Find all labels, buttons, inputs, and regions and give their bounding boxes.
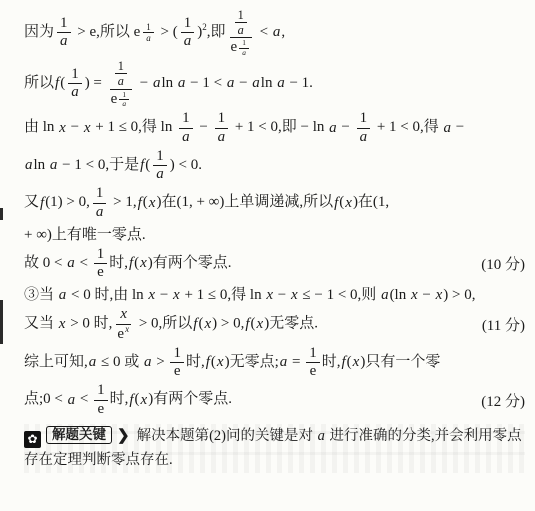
text-run: > 0,所以 <box>135 316 192 332</box>
text-run: e <box>310 363 317 379</box>
superscript: 1a <box>117 89 131 99</box>
denominator: a <box>152 166 168 183</box>
fraction: 1e <box>306 345 320 381</box>
numerator: 1 <box>115 59 127 74</box>
numerator: 1 <box>94 382 108 400</box>
math-line-body: 故 0 < a < 1e时,f(x)有两个零点. <box>24 246 232 282</box>
numerator: 1 <box>179 110 193 128</box>
text-run: ③当 <box>24 287 58 303</box>
text-run: − <box>235 75 251 91</box>
variable: a <box>181 129 191 145</box>
fraction: 1a <box>118 91 130 109</box>
numerator: 1 <box>181 15 195 33</box>
text-run: 1 <box>97 246 105 262</box>
text-run: < <box>76 392 92 408</box>
fraction: 1a <box>238 39 250 57</box>
text-run: = <box>288 354 304 370</box>
fraction: 1a <box>234 8 248 37</box>
numerator: 1a <box>230 8 252 38</box>
text-run: 1 <box>96 185 104 201</box>
variable: x <box>119 306 128 322</box>
fraction: 1a <box>67 66 83 102</box>
variable: a <box>380 287 390 303</box>
fraction: 1e <box>94 246 108 282</box>
superscript: 1a <box>237 37 251 47</box>
variable: x <box>147 287 156 303</box>
fraction: 1a <box>178 110 194 146</box>
text-run: 故 0 < <box>24 255 66 271</box>
solution-text: 因为1a > e,所以 e1a > (1a)2,即1ae1a < a,所以f(1… <box>24 8 525 418</box>
math-line-body: 由 ln x − x + 1 ≤ 0,得 ln 1a − 1a + 1 < 0,… <box>24 110 464 146</box>
numerator: 1 <box>170 345 184 363</box>
fraction: 1e <box>170 345 184 381</box>
variable: a <box>66 255 76 271</box>
variable: x <box>203 316 212 332</box>
variable: a <box>328 120 338 136</box>
text-run: ( <box>60 75 65 91</box>
variable: a <box>58 287 68 303</box>
text-run: > <box>153 354 169 370</box>
variable: a <box>443 120 453 136</box>
math-line: 由 ln x − x + 1 ≤ 0,得 ln 1a − 1a + 1 < 0,… <box>24 110 525 146</box>
variable: a <box>251 75 261 91</box>
text-run: 1 <box>173 345 181 361</box>
text-run: 1 <box>60 15 68 31</box>
denominator: e <box>307 363 320 380</box>
denominator: a <box>142 33 155 43</box>
numerator: 1 <box>94 246 108 264</box>
numerator: 1 <box>143 22 154 33</box>
fraction: 1e <box>94 382 108 418</box>
numerator: x <box>116 306 131 324</box>
variable: a <box>117 74 125 88</box>
text-run: < <box>256 24 272 40</box>
score-mark: (12 分) <box>475 390 525 411</box>
text-run: + ∞)上有唯一零点. <box>24 227 146 243</box>
text-run: − <box>67 120 83 136</box>
variable: a <box>143 354 153 370</box>
text-run: )有两个零点. <box>148 255 232 271</box>
numerator: 1 <box>235 8 247 23</box>
text-run: 1 <box>156 148 164 164</box>
text-run: > 0 时, <box>66 316 112 332</box>
superscript: x <box>124 324 130 334</box>
variable: a <box>49 157 59 173</box>
text-run: 时, <box>322 354 341 370</box>
denominator: a <box>114 74 128 88</box>
text-run: 1 <box>242 38 246 47</box>
variable: a <box>279 354 289 370</box>
variable: a <box>177 75 187 91</box>
text-run: ( <box>135 392 140 408</box>
text-run: ( <box>347 354 352 370</box>
text-run: ) > 0, <box>443 287 475 303</box>
text-run: 由 ln <box>24 120 58 136</box>
text-run: , <box>281 24 285 40</box>
text-run: 解决本题第(2)问的关键是对 <box>137 428 317 444</box>
text-run: 1 <box>97 382 105 398</box>
text-run: − <box>419 287 435 303</box>
variable: a <box>241 48 247 57</box>
text-run: )只有一个零 <box>360 354 440 370</box>
denominator: a <box>214 129 230 146</box>
variable: a <box>272 24 282 40</box>
text-run: 又 <box>24 195 39 211</box>
scan-artifact <box>0 208 3 220</box>
denominator: a <box>356 129 372 146</box>
florette-icon: ✿ <box>24 431 41 448</box>
variable: a <box>121 99 127 108</box>
text-run: ln <box>161 75 176 91</box>
denominator: e1a <box>228 38 254 57</box>
denominator: a <box>238 49 250 57</box>
scan-artifact <box>0 300 3 344</box>
text-run: )有两个零点. <box>148 392 232 408</box>
text-run: ≤ − 1 < 0,则 <box>299 287 380 303</box>
text-run: 1 <box>218 110 226 126</box>
text-run: 点;0 < <box>24 392 67 408</box>
text-run: > ( <box>157 24 178 40</box>
math-line-body: 点;0 < a < 1e时,f(x)有两个零点. <box>24 382 232 418</box>
variable: x <box>256 316 265 332</box>
variable: a <box>88 354 98 370</box>
text-run: > 1, <box>109 195 136 211</box>
variable: a <box>155 166 165 182</box>
text-run: − <box>196 120 212 136</box>
math-line: 又当 x > 0 时,xex > 0,所以f(x) > 0,f(x)无零点.(1… <box>24 306 525 343</box>
variable: x <box>172 287 181 303</box>
text-run: ≤ 0 或 <box>97 354 143 370</box>
denominator: a <box>234 23 248 37</box>
text-run: 因为 <box>24 24 54 40</box>
text-run: − <box>274 287 290 303</box>
variable: a <box>95 204 105 220</box>
text-run: − <box>338 120 354 136</box>
variable: a <box>237 23 245 37</box>
text-run: 1 <box>309 345 317 361</box>
variable: x <box>344 195 353 211</box>
text-run: )无零点. <box>264 316 318 332</box>
variable: a <box>317 428 326 444</box>
denominator: e <box>95 401 108 418</box>
math-line: + ∞)上有唯一零点. <box>24 223 525 244</box>
text-run: + 1 < 0,得 <box>373 120 442 136</box>
denominator: ex <box>114 325 133 343</box>
denominator: a <box>92 204 108 221</box>
math-line: 所以f(1a) = 1ae1a − aln a − 1 < a − aln a … <box>24 59 525 108</box>
variable: x <box>139 255 148 271</box>
numerator: 1 <box>215 110 229 128</box>
denominator: a <box>56 33 72 50</box>
document-page: 因为1a > e,所以 e1a > (1a)2,即1ae1a < a,所以f(1… <box>0 0 535 511</box>
text-run: ln <box>34 157 49 173</box>
superscript: 1a <box>140 22 157 32</box>
math-line-body: 因为1a > e,所以 e1a > (1a)2,即1ae1a < a, <box>24 8 285 57</box>
fraction: 1a <box>56 15 72 51</box>
variable: x <box>410 287 419 303</box>
fraction: 1ae1a <box>228 8 254 57</box>
text-run: 时, <box>186 354 205 370</box>
variable: a <box>226 75 236 91</box>
text-run: ,即 <box>207 24 226 40</box>
text-run: + 1 < 0,即 − ln <box>231 120 328 136</box>
math-line-body: ③当 a < 0 时,由 ln x − x + 1 ≤ 0,得 ln x − x… <box>24 283 476 304</box>
score-mark: (11 分) <box>476 314 525 335</box>
variable: a <box>67 392 77 408</box>
numerator: 1 <box>68 66 82 84</box>
text-run: )在(1, <box>353 195 389 211</box>
math-line: 故 0 < a < 1e时,f(x)有两个零点.(10 分) <box>24 246 525 282</box>
math-line: 点;0 < a < 1e时,f(x)有两个零点.(12 分) <box>24 382 525 418</box>
text-run: )在(1, + ∞)上单调递减,所以 <box>156 195 333 211</box>
fraction: 1a <box>152 148 168 184</box>
text-run: (ln <box>390 287 410 303</box>
variable: a <box>217 129 227 145</box>
text-run: ( <box>251 316 256 332</box>
variable: x <box>58 120 67 136</box>
text-run: − <box>136 75 152 91</box>
variable: a <box>276 75 286 91</box>
text-run: 1 <box>238 8 244 22</box>
text-run: 又当 <box>24 316 58 332</box>
text-run: + 1 ≤ 0,得 ln <box>181 287 266 303</box>
text-run: 1 <box>71 66 79 82</box>
text-run: ln <box>261 75 276 91</box>
key-note-section: ✿解题关键❯解决本题第(2)问的关键是对 a 进行准确的分类,并会利用零点存在定… <box>24 424 525 473</box>
text-run: 所以 <box>24 75 54 91</box>
numerator: 1 <box>153 148 167 166</box>
text-run: ) = <box>85 75 106 91</box>
denominator: a <box>67 84 83 101</box>
math-line: 又f(1) > 0,1a > 1,f(x)在(1, + ∞)上单调递减,所以f(… <box>24 185 525 221</box>
math-line: 因为1a > e,所以 e1a > (1a)2,即1ae1a < a, <box>24 8 525 57</box>
text-run: ) < 0. <box>170 157 202 173</box>
fraction: 1a <box>214 110 230 146</box>
text-run: − 1 < 0,于是 <box>58 157 139 173</box>
text-run: 1 <box>122 90 126 99</box>
text-run: ) > 0, <box>212 316 244 332</box>
fraction: 1a <box>180 15 196 51</box>
text-run: + 1 ≤ 0,得 ln <box>91 120 176 136</box>
variable: x <box>290 287 299 303</box>
numerator: 1a <box>110 59 132 89</box>
fraction: 1a <box>356 110 372 146</box>
text-run: − <box>156 287 172 303</box>
denominator: a <box>118 100 130 108</box>
variable: a <box>359 129 369 145</box>
text-run: e <box>98 401 105 417</box>
text-run: − 1 < <box>186 75 225 91</box>
denominator: e1a <box>108 90 134 109</box>
math-line-body: 综上可知,a ≤ 0 或 a > 1e时,f(x)无零点;a = 1e时,f(x… <box>24 345 440 381</box>
score-mark: (10 分) <box>475 253 525 274</box>
text-run: 时, <box>109 255 128 271</box>
text-run: 1 <box>360 110 368 126</box>
variable: a <box>24 157 34 173</box>
text-run: < <box>76 255 92 271</box>
text-run: > e,所以 e <box>74 24 141 40</box>
math-line-body: aln a − 1 < 0,于是f(1a) < 0. <box>24 148 202 184</box>
math-line-body: 又f(1) > 0,1a > 1,f(x)在(1, + ∞)上单调递减,所以f(… <box>24 185 389 221</box>
variable: a <box>145 33 152 43</box>
text-run: 综上可知, <box>24 354 88 370</box>
text-run: )无零点; <box>225 354 279 370</box>
variable: x <box>265 287 274 303</box>
text-run: 1 <box>182 110 190 126</box>
key-badge-label: 解题关键 <box>46 426 112 444</box>
numerator: 1 <box>57 15 71 33</box>
fraction: 1ae1a <box>108 59 134 108</box>
text-run: 1 <box>118 59 124 73</box>
text-run: (1) > 0, <box>45 195 90 211</box>
math-line-body: + ∞)上有唯一零点. <box>24 223 146 244</box>
text-run: 1 <box>146 22 151 32</box>
numerator: 1 <box>306 345 320 363</box>
variable: a <box>183 33 193 49</box>
numerator: 1 <box>357 110 371 128</box>
text-run: − <box>452 120 464 136</box>
fraction: 1a <box>114 59 128 88</box>
math-line: 综上可知,a ≤ 0 或 a > 1e时,f(x)无零点;a = 1e时,f(x… <box>24 345 525 381</box>
denominator: a <box>180 33 196 50</box>
fraction: xex <box>114 306 133 343</box>
text-run: 时, <box>110 392 129 408</box>
text-run: e <box>97 264 104 280</box>
text-run: ( <box>145 157 150 173</box>
text-run: − 1. <box>286 75 313 91</box>
variable: x <box>140 392 149 408</box>
text-run: 1 <box>184 15 192 31</box>
denominator: e <box>94 264 107 281</box>
text-run: < 0 时,由 ln <box>67 287 147 303</box>
variable: a <box>70 84 80 100</box>
fraction: 1a <box>92 185 108 221</box>
math-line: aln a − 1 < 0,于是f(1a) < 0. <box>24 148 525 184</box>
chevron-right-icon: ❯ <box>117 428 130 444</box>
variable: x <box>124 324 130 334</box>
math-line: ③当 a < 0 时,由 ln x − x + 1 ≤ 0,得 ln x − x… <box>24 283 525 304</box>
variable: a <box>59 33 69 49</box>
text-run: e <box>174 363 181 379</box>
variable: x <box>216 354 225 370</box>
denominator: e <box>171 363 184 380</box>
denominator: a <box>178 129 194 146</box>
math-line-body: 所以f(1a) = 1ae1a − aln a − 1 < a − aln a … <box>24 59 313 108</box>
numerator: 1 <box>93 185 107 203</box>
math-line-body: 又当 x > 0 时,xex > 0,所以f(x) > 0,f(x)无零点. <box>24 306 318 343</box>
variable: x <box>435 287 444 303</box>
fraction: 1a <box>142 22 155 44</box>
